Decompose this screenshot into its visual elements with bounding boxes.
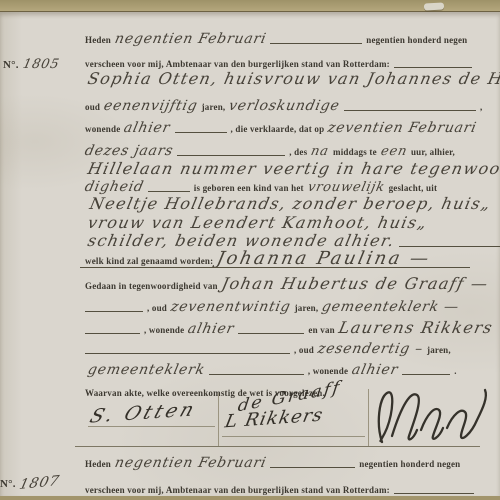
signature-divider	[218, 393, 219, 446]
printed-wonende: , wonende	[144, 325, 184, 335]
register-page: N°. 1805 Heden negentien Februari negent…	[0, 12, 500, 496]
blank-line	[394, 58, 472, 68]
separator-rule	[80, 267, 470, 268]
record1-line-witness1-age: , oud zevenentwintig jaren, gemeentekler…	[85, 298, 459, 316]
blank-line	[402, 365, 450, 375]
hw-witness2-age: zesendertig –	[316, 341, 424, 357]
printed-des: , des	[289, 147, 307, 157]
blank-line	[270, 458, 355, 468]
no-label: N°.	[3, 59, 19, 71]
blank-line	[177, 146, 285, 156]
record1-line-witness2: , wonende alhier en van Laurens Rikkers	[85, 318, 493, 338]
printed-comma: ,	[480, 102, 482, 112]
hw-sex: vrouwelijk	[306, 180, 386, 195]
hw-birthdate: zeventien Februari	[327, 120, 479, 136]
printed-geboren: is geboren een kind van het	[194, 183, 304, 193]
printed-heden: Heden	[85, 459, 111, 469]
record1-line-date: Heden negentien Februari negentien honde…	[85, 30, 467, 48]
printed-jaren: jaren,	[202, 102, 226, 112]
record2-line-date: Heden negentien Februari negentien honde…	[85, 454, 460, 472]
printed-jaren: jaren,	[427, 345, 451, 355]
hw-witness1-age: zevenentwintig	[169, 299, 292, 315]
declarant-signature: S. Otten	[87, 398, 200, 427]
record2-number: N°. 1807	[0, 474, 59, 492]
page-edge-mark	[424, 2, 444, 10]
registrar-signature	[372, 384, 494, 446]
record1-line-declarant: Sophia Otten, huisvrouw van Johannes de …	[88, 69, 500, 89]
printed-middags: middags te	[333, 147, 377, 157]
printed-official: verscheen voor mij, Ambtenaar van den bu…	[85, 485, 390, 495]
record-end-rule	[75, 446, 480, 447]
signature-divider	[368, 389, 369, 446]
record1-line-residence: wonende alhier , die verklaarde, dat op …	[85, 119, 477, 137]
printed-period: .	[454, 366, 456, 376]
book-edge-bottom	[0, 496, 500, 500]
printed-envan: en van	[308, 325, 334, 335]
hw-witness2-occupation: gemeenteklerk	[86, 362, 206, 378]
hw-witness1-occupation: gemeenteklerk —	[321, 299, 461, 315]
blank-line	[85, 324, 140, 334]
blank-line	[394, 484, 474, 494]
akte-number: 1807	[17, 473, 60, 493]
hw-digheid: digheid	[83, 179, 145, 195]
printed-jaren: jaren,	[295, 303, 319, 313]
record1-line-address: Hillelaan nummer veertig in hare tegenwo…	[88, 159, 500, 179]
printed-uur: uur, alhier,	[411, 147, 455, 157]
printed-year: negentien honderd negen	[359, 459, 460, 469]
register-scan: N°. 1805 Heden negentien Februari negent…	[0, 0, 500, 500]
record1-line-childname: welk kind zal genaamd worden: Johanna Pa…	[85, 248, 431, 269]
hw-childname: Johanna Paulina —	[215, 248, 433, 269]
blank-line	[85, 344, 290, 354]
hw-witness2: Laurens Rikkers	[337, 318, 495, 337]
hw-dezes-jaars: dezes jaars	[83, 143, 175, 159]
printed-oud: oud	[85, 102, 100, 112]
akte-number: 1805	[21, 57, 60, 72]
record1-line-witness2-occupation: gemeenteklerk , wonende alhier .	[88, 361, 457, 379]
blank-line	[209, 365, 304, 375]
printed-official: verscheen voor mij, Ambtenaar van den bu…	[85, 59, 390, 69]
hw-address: Hillelaan nummer veertig in hare tegenwo…	[86, 159, 500, 178]
hw-alhier: alhier	[187, 321, 237, 337]
hw-date: negentien Februari	[113, 455, 268, 471]
blank-line	[85, 302, 143, 312]
hw-een: een	[379, 144, 408, 159]
printed-oud: , oud	[147, 303, 167, 313]
blank-line	[148, 182, 190, 192]
printed-wonende: wonende	[85, 124, 120, 134]
hw-declarant: Sophia Otten, huisvrouw van Johannes de …	[86, 69, 500, 88]
signature-baseline	[222, 436, 365, 437]
hw-witness1: Johan Hubertus de Graaff —	[220, 274, 491, 293]
printed-oud: , oud	[294, 345, 314, 355]
hw-alhier: alhier	[350, 362, 400, 378]
printed-heden: Heden	[85, 35, 111, 45]
hw-date: negentien Februari	[113, 31, 268, 47]
hw-na: na	[310, 144, 331, 159]
printed-wonende: , wonende	[308, 366, 348, 376]
blank-line	[270, 34, 362, 44]
record1-number: N°. 1805	[3, 55, 59, 73]
blank-line	[344, 101, 476, 111]
no-label: N°.	[0, 478, 16, 490]
record1-line-witness1: Gedaan in tegenwoordigheid van Johan Hub…	[85, 274, 488, 294]
blank-line	[399, 237, 500, 247]
blank-line	[238, 324, 304, 334]
printed-childname-label: welk kind zal genaamd worden:	[85, 256, 213, 266]
record1-line-age: oud eenenvijftig jaren, verloskundige ,	[85, 97, 482, 115]
printed-declared: , die verklaarde, dat op	[231, 124, 325, 134]
printed-geslacht: geslacht, uit	[389, 183, 438, 193]
blank-line	[175, 123, 227, 133]
record1-line-father: vrouw van Leendert Kamhoot, huis„	[88, 213, 427, 233]
hw-occupation: verloskundige	[228, 98, 342, 114]
record1-line-witness2-age: , oud zesendertig – jaren,	[85, 340, 451, 358]
printed-gedaan: Gedaan in tegenwoordigheid van	[85, 281, 218, 291]
record1-line-time: dezes jaars , des na middags te een uur,…	[85, 142, 455, 160]
record1-line-mother: Neeltje Hollebrands, zonder beroep, huis…	[90, 194, 491, 214]
hw-father: vrouw van Leendert Kamhoot, huis„	[86, 213, 429, 232]
printed-year: negentien honderd negen	[366, 35, 467, 45]
hw-mother: Neeltje Hollebrands, zonder beroep, huis…	[88, 194, 493, 213]
hw-alhier: alhier	[123, 120, 173, 136]
hw-age: eenenvijftig	[102, 98, 199, 114]
